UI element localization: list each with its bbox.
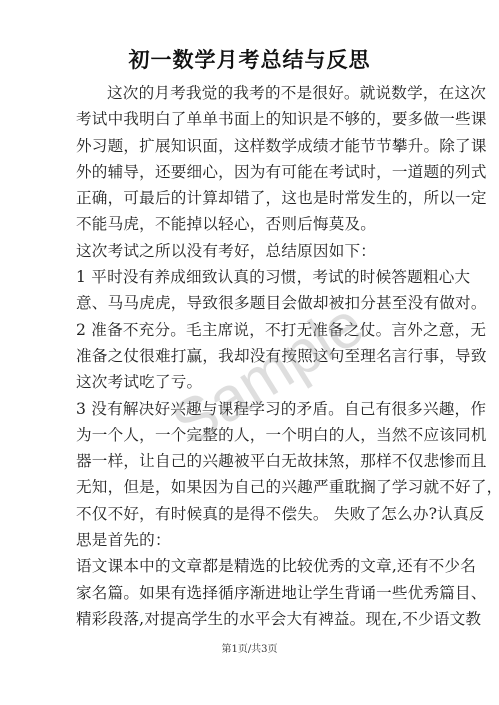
paragraph-line: 1 平时没有养成细致认真的习惯，考试的时候答题粗心大 <box>76 264 428 290</box>
page-number-footer: 第1页/共3页 <box>0 640 499 655</box>
paragraph-line: 不能马虎，不能掉以轻心，否则后悔莫及。 <box>76 211 428 237</box>
paragraph-line: 这次的月考我觉的我考的不是很好。就说数学，在这次 <box>76 80 428 106</box>
paragraph-line: 这次考试吃了亏。 <box>76 369 428 395</box>
paragraph-line: 准备之仗很难打赢，我却没有按照这句至理名言行事，导致 <box>76 343 428 369</box>
paragraph-line: 精彩段落,对提高学生的水平会大有裨益。现在,不少语文教 <box>76 606 428 632</box>
paragraph-line: 3 没有解决好兴趣与课程学习的矛盾。自己有很多兴趣，作 <box>76 396 428 422</box>
paragraph-line: 不仅不好，有时候真的是得不偿失。 失败了怎么办?认真反 <box>76 501 428 527</box>
paragraph-line: 无知，但是，如果因为自己的兴趣严重耽搁了学习就不好了， <box>76 474 428 500</box>
paragraph-line: 外的辅导，还要细心，因为有可能在考试时，一道题的列式 <box>76 159 428 185</box>
paragraph-line: 语文课本中的文章都是精选的比较优秀的文章,还有不少名 <box>76 553 428 579</box>
paragraph-line: 这次考试之所以没有考好，总结原因如下： <box>76 238 428 264</box>
paragraph-line: 正确，可最后的计算却错了，这也是时常发生的，所以一定 <box>76 185 428 211</box>
paragraph-line: 为一个人，一个完整的人，一个明白的人，当然不应该同机 <box>76 422 428 448</box>
paragraph-line: 意、马马虎虎，导致很多题目会做却被扣分甚至没有做对。 <box>76 290 428 316</box>
document-body: 这次的月考我觉的我考的不是很好。就说数学，在这次 考试中我明白了单单书面上的知识… <box>76 80 428 632</box>
paragraph-line: 2 准备不充分。毛主席说，不打无准备之仗。言外之意，无 <box>76 317 428 343</box>
document-title: 初一数学月考总结与反思 <box>0 44 499 74</box>
paragraph-line: 考试中我明白了单单书面上的知识是不够的，要多做一些课 <box>76 106 428 132</box>
paragraph-line: 外习题，扩展知识面，这样数学成绩才能节节攀升。除了课 <box>76 133 428 159</box>
paragraph-line: 器一样，让自己的兴趣被平白无故抹煞，那样不仅悲惨而且 <box>76 448 428 474</box>
document-page: 初一数学月考总结与反思 这次的月考我觉的我考的不是很好。就说数学，在这次 考试中… <box>0 0 499 705</box>
paragraph-line: 思是首先的： <box>76 527 428 553</box>
paragraph-line: 家名篇。如果有选择循序渐进地让学生背诵一些优秀篇目、 <box>76 580 428 606</box>
